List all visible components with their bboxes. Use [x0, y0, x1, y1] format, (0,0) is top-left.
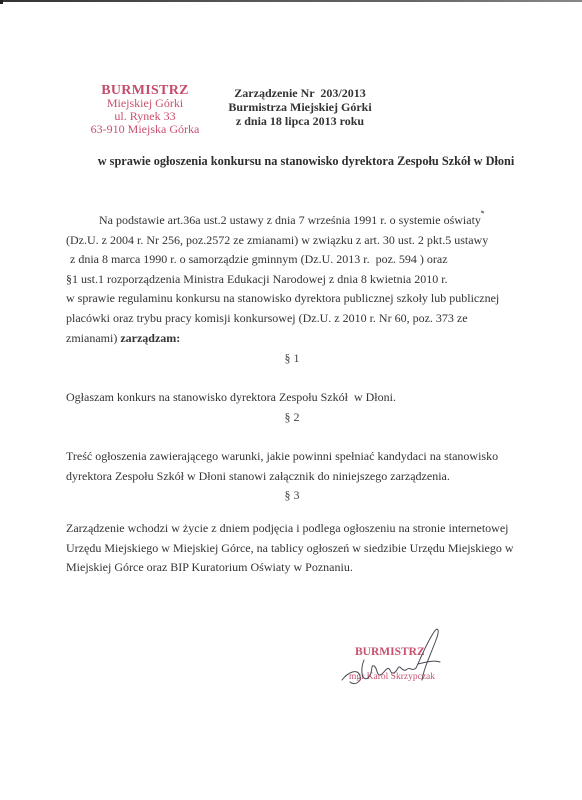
scan-edge [0, 0, 582, 2]
section-line: Zarządzenie wchodzi w życie z dniem podj… [66, 519, 526, 539]
section-marker-1: § 1 [262, 351, 322, 366]
section-1-text: Ogłaszam konkurs na stanowisko dyrektora… [66, 388, 526, 408]
preamble: Na podstawie art.36a ust.2 ustawy z dnia… [66, 211, 526, 348]
office-stamp: BURMISTRZ Miejskiej Górki ul. Rynek 33 6… [80, 84, 210, 136]
preamble-line: §1 ust.1 rozporządzenia Ministra Edukacj… [66, 270, 526, 290]
preamble-line: (Dz.U. z 2004 r. Nr 256, poz.2572 ze zmi… [66, 231, 526, 251]
section-line: Miejskiej Górce oraz BIP Kuratorium Oświ… [66, 558, 526, 578]
section-3-text: Zarządzenie wchodzi w życie z dniem podj… [66, 519, 526, 578]
stamp-line: 63-910 Miejska Górka [80, 123, 210, 136]
section-line: Ogłaszam konkurs na stanowisko dyrektora… [66, 388, 526, 408]
header-line: z dnia 18 lipca 2013 roku [205, 114, 395, 128]
section-line: Urzędu Miejskiego w Miejskiej Górce, na … [66, 539, 526, 559]
document-header: Zarządzenie Nr 203/2013 Burmistrza Miejs… [205, 86, 395, 128]
section-line: dyrektora Zespołu Szkół w Dłoni stanowi … [66, 467, 526, 487]
section-line: Treść ogłoszenia zawierającego warunki, … [66, 447, 526, 467]
preamble-line: z dnia 8 marca 1990 r. o samorządzie gmi… [66, 250, 526, 270]
section-marker-2: § 2 [262, 410, 322, 425]
preamble-line: Na podstawie art.36a ust.2 ustawy z dnia… [66, 211, 526, 231]
header-line: Burmistrza Miejskiej Górki [205, 100, 395, 114]
preamble-closing: zmianami) zarządzam: [66, 329, 526, 349]
document-subject: w sprawie ogłoszenia konkursu na stanowi… [96, 154, 516, 169]
section-2-text: Treść ogłoszenia zawierającego warunki, … [66, 447, 526, 486]
preamble-line: w sprawie regulaminu konkursu na stanowi… [66, 289, 526, 309]
decree-verb: zarządzam: [120, 331, 180, 345]
scan-corner [0, 0, 3, 4]
preamble-line: placówki oraz trybu pracy komisji konkur… [66, 309, 526, 329]
handwritten-signature-icon [330, 620, 460, 690]
section-marker-3: § 3 [262, 488, 322, 503]
preamble-closing-text: zmianami) [66, 331, 120, 345]
header-line: Zarządzenie Nr 203/2013 [205, 86, 395, 100]
